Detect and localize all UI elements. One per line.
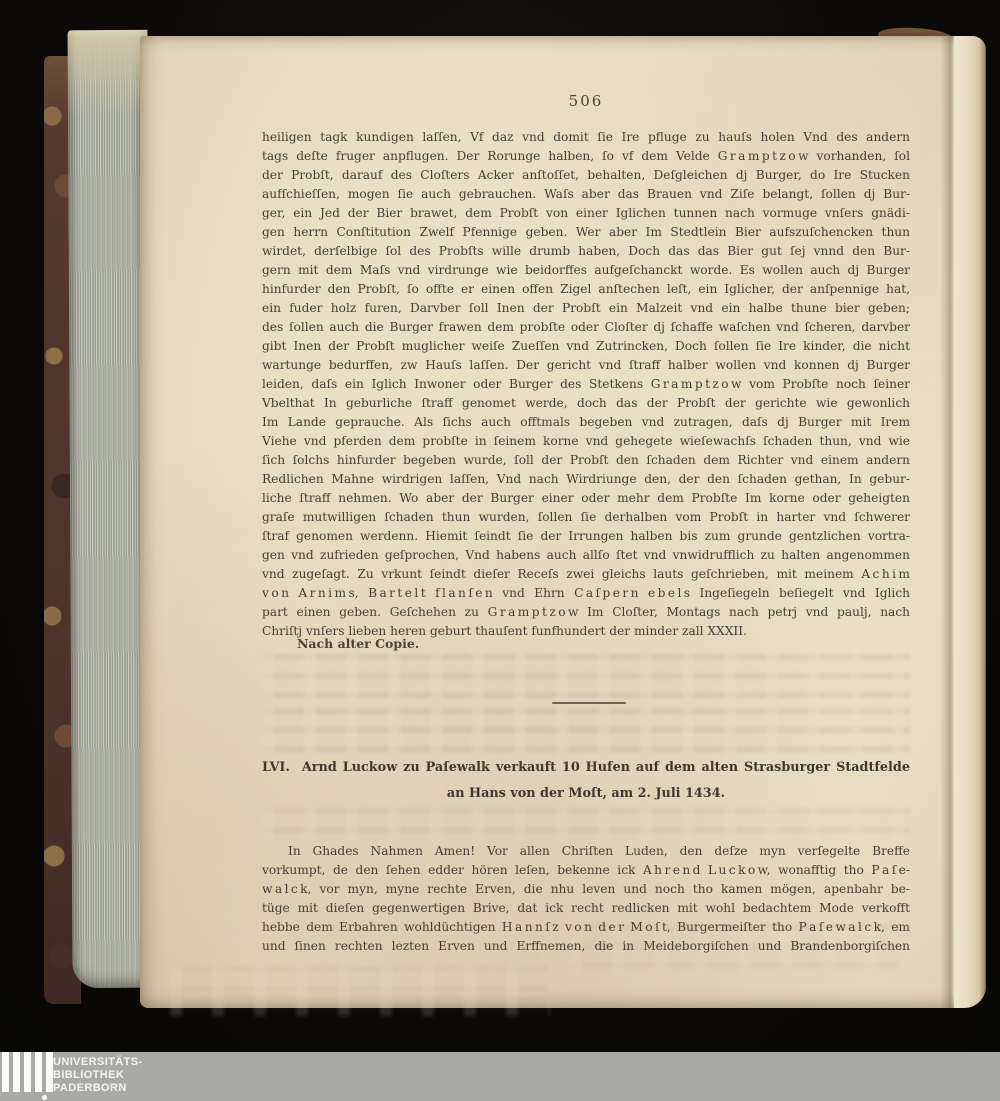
section-number: LVI. bbox=[262, 760, 290, 775]
text-line: gen herrn Conſtitution Zwelf Pfennige ge… bbox=[262, 223, 910, 242]
footer-bar: UNIVERSITÄTS- BIBLIOTHEK PADERBORN bbox=[0, 1052, 1000, 1101]
text-line: wirdet, derſelbige ſol des Probſts wille… bbox=[262, 242, 910, 261]
copy-note: Nach alter Copie. bbox=[297, 636, 419, 651]
bleed-through-text bbox=[262, 808, 910, 840]
text-line: graſe mutwilligen ſchaden thun wurden, ſ… bbox=[262, 508, 910, 527]
text-line: Viehe vnd pferden dem probſte in ſeinem … bbox=[262, 432, 910, 451]
text-line: gen vnd zufrieden geſprochen, Vnd habens… bbox=[262, 546, 910, 565]
library-name-line2: BIBLIOTHEK bbox=[53, 1069, 143, 1082]
library-logo bbox=[2, 1052, 54, 1101]
library-name: UNIVERSITÄTS- BIBLIOTHEK PADERBORN bbox=[53, 1056, 143, 1095]
section-divider-rule bbox=[552, 702, 626, 704]
page-number: 506 bbox=[262, 92, 910, 110]
text-line: der Probſt, darauf des Cloſters Acker an… bbox=[262, 166, 910, 185]
text-line: ſich ſolchs hinfurder begeben wurde, ſol… bbox=[262, 451, 910, 470]
section-heading-line1: LVI.Arnd Luckow zu Paſewalk verkauft 10 … bbox=[262, 755, 910, 781]
text-line: ſtraf genomen werdenn. Hiemit ſeindt ſie… bbox=[262, 527, 910, 546]
text-line: Vbelthat In geburliche ſtraff genomet we… bbox=[262, 394, 910, 413]
text-line: leiden, daſs ein Iglich Inwoner oder Bur… bbox=[262, 375, 910, 394]
main-text-block: heiligen tagk kundigen laſſen, Vf daz vn… bbox=[262, 128, 910, 641]
text-line: Im Lande geprauche. Als ſichs auch offtm… bbox=[262, 413, 910, 432]
text-line: hebbe dem Erbahren wohldüchtigen H a n n… bbox=[262, 918, 910, 937]
logo-bar bbox=[13, 1052, 20, 1092]
section-heading: LVI.Arnd Luckow zu Paſewalk verkauft 10 … bbox=[262, 755, 910, 807]
text-line: gibt Inen der Probſt muglicher weiſe Zue… bbox=[262, 337, 910, 356]
page-fold-crease bbox=[940, 36, 954, 1008]
text-line: Redlichen Mahne wirdrigen laſſen, Vnd na… bbox=[262, 470, 910, 489]
logo-exclamation-dot bbox=[42, 1095, 47, 1100]
text-line: tüge mit dieſen gegenwertigen Brive, dat… bbox=[262, 899, 910, 918]
text-line: In Ghades Nahmen Amen! Vor allen Chriſte… bbox=[262, 842, 910, 861]
text-line: vorkumpt, de den ſehen edder hören leſen… bbox=[262, 861, 910, 880]
library-name-line1: UNIVERSITÄTS- bbox=[53, 1056, 143, 1069]
section-title-line1: Arnd Luckow zu Paſewalk verkauft 10 Hufe… bbox=[302, 760, 910, 775]
text-line: hinfurder den Probſt, ſo offte er einen … bbox=[262, 280, 910, 299]
logo-bar bbox=[46, 1052, 53, 1092]
library-name-line3: PADERBORN bbox=[53, 1082, 143, 1095]
bleed-through-text bbox=[170, 966, 550, 1016]
scan-background: 506 heiligen tagk kundigen laſſen, Vf da… bbox=[0, 0, 1000, 1101]
section-title-line2: an Hans von der Moſt, am 2. Juli 1434. bbox=[262, 781, 910, 807]
logo-bar bbox=[2, 1052, 9, 1092]
text-line: tags deſte fruger anpflugen. Der Rorunge… bbox=[262, 147, 910, 166]
bleed-through-text bbox=[262, 654, 910, 700]
second-text-block: In Ghades Nahmen Amen! Vor allen Chriſte… bbox=[262, 842, 910, 956]
logo-bar bbox=[35, 1052, 42, 1092]
scanned-page: 506 heiligen tagk kundigen laſſen, Vf da… bbox=[140, 36, 986, 1008]
text-line: des ſollen auch die Burger frawen dem pr… bbox=[262, 318, 910, 337]
text-line: w a l c k, vor myn, myne rechte Erven, d… bbox=[262, 880, 910, 899]
text-line: part einen geben. Geſchehen zu G r a m p… bbox=[262, 603, 910, 622]
text-line: v o n A r n i m s, B a r t e l t f l a n… bbox=[262, 584, 910, 603]
logo-bar bbox=[24, 1052, 31, 1092]
text-line: wartunge bedurffen, zw Hauſs laſſen. Der… bbox=[262, 356, 910, 375]
logo-bars bbox=[2, 1052, 54, 1092]
bleed-through-text bbox=[262, 708, 910, 752]
text-line: aufſchieſſen, mogen ſie auch gebrauchen.… bbox=[262, 185, 910, 204]
text-line: vnd zugeſagt. Zu vrkunt ſeindt dieſer Re… bbox=[262, 565, 910, 584]
text-line: ein fuder holz furen, Darvber ſoll Inen … bbox=[262, 299, 910, 318]
text-line: und ſinen rechten lezten Erven und Erffn… bbox=[262, 937, 910, 956]
text-line: gern mit dem Maſs vnd virdrunge wie beid… bbox=[262, 261, 910, 280]
page-edge-curl bbox=[954, 36, 986, 1008]
text-line: liche ſtraff nehmen. Wo aber der Burger … bbox=[262, 489, 910, 508]
text-line: heiligen tagk kundigen laſſen, Vf daz vn… bbox=[262, 128, 910, 147]
text-line: ger, ein Jed der Bier brawet, dem Probſt… bbox=[262, 204, 910, 223]
